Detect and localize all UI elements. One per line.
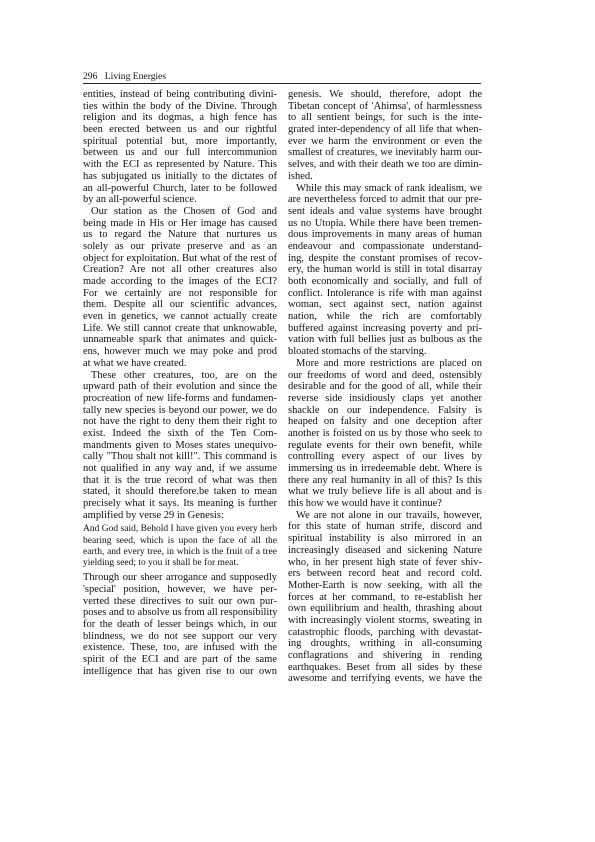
text-line: And God said, Behold I have given you ev… [83,524,277,535]
text-line: exist. Indeed the sixth of the Ten Com- [83,428,277,440]
block-quote: And God said, Behold I have given you ev… [83,524,277,569]
text-line: procreation of new life-forms and fundam… [83,393,277,405]
text-line: woman, sect against sect, nation against [288,299,482,311]
text-line: both economically and socially, and full… [288,276,482,288]
text-line: ished. [288,171,482,183]
text-line: another is foisted on us by those who se… [288,428,482,440]
text-line: Mother-Earth is now seeking, with all th… [288,580,482,592]
text-line: shackle on our independence. Falsity is [288,405,482,417]
running-head: 296 Living Energies [83,71,481,82]
text-line: Life. We still cannot create that unknow… [83,323,277,335]
text-line: are nevertheless forced to admit that ou… [288,194,482,206]
text-line: ery, the human world is still in total d… [288,264,482,276]
text-line: upward path of their evolution and since… [83,381,277,393]
page-number: 296 [83,71,97,82]
text-line: been erected between us and our rightful [83,124,277,136]
text-line: These other creatures, too, are on the [83,370,277,382]
text-line: to all sentient beings, for such is the … [288,112,482,124]
paragraph: Our station as the Chosen of God andbein… [83,206,277,370]
text-line: with increasingly violent storms, sweati… [288,615,482,627]
text-line: that it is the true record of what was t… [83,475,277,487]
text-line: bearing seed, which is upon the face of … [83,536,277,547]
book-page: 296 Living Energies entities, instead of… [0,0,595,842]
text-line: has subjugated us initially to the dicta… [83,171,277,183]
text-line: intelligence that has given rise to our … [83,666,277,678]
text-line: desirable and for the good of all, while… [288,381,482,393]
text-line: awesome and terrifying events, we have t… [288,673,482,685]
text-line: religion and its dogmas, a high fence ha… [83,112,277,124]
text-line: precisely what it says. Its meaning is f… [83,498,277,510]
text-line: cally "Thou shalt not kill!". This comma… [83,451,277,463]
text-line: spiritual instability is also mirrored i… [288,533,482,545]
header-rule [83,83,481,84]
text-line: existence. These, too, are infused with … [83,642,277,654]
text-line: buffered against increasing poverty and … [288,323,482,335]
text-line: genesis. We should, therefore, adopt the [288,89,482,101]
text-line: ties within the body of the Divine. Thro… [83,101,277,113]
text-line: earth, and every tree, in which is the f… [83,547,277,558]
text-line: For we certainly are not responsible for [83,288,277,300]
text-line: immersing us in irredeemable debt. Where… [288,463,482,475]
paragraph: entities, instead of being contributing … [83,89,277,206]
paragraph: Through our sheer arrogance and supposed… [83,572,277,677]
text-line: entities, instead of being contributing … [83,89,277,101]
text-line: ing droughts, writhing in all-consuming [288,638,482,650]
text-line: object for exploitation. But what of the… [83,253,277,265]
paragraph: More and more restrictions are placed on… [288,358,482,510]
text-line: an all-powerful Church, later to be foll… [83,183,277,195]
text-line: heaped on falsity and one deception afte… [288,416,482,428]
text-line: poses and to absolve us from all respons… [83,607,277,619]
text-line: spirit of the ECI and are part of the sa… [83,654,277,666]
text-line: We are not alone in our travails, howeve… [288,510,482,522]
text-line: own equilibrium and health, thrashing ab… [288,603,482,615]
paragraph: genesis. We should, therefore, adopt the… [288,89,482,183]
text-line: ens, however much we may poke and prod [83,346,277,358]
text-line: reverse side insidiously claps yet anoth… [288,393,482,405]
text-line: at what we have created. [83,358,277,370]
text-line: not qualified in any way and, if we assu… [83,463,277,475]
paragraph: These other creatures, too, are on theup… [83,370,277,522]
text-line: nation, while the rich are comfortably [288,311,482,323]
text-line: who, in her present high state of fever … [288,557,482,569]
text-line: solely as our private preserve and as an [83,241,277,253]
text-line: bloated stomachs of the starving. [288,346,482,358]
text-line: While this may smack of rank idealism, w… [288,183,482,195]
text-line: vation with full bellies just as bulbous… [288,334,482,346]
text-line: More and more restrictions are placed on [288,358,482,370]
text-line: sent ideals and value systems have broug… [288,206,482,218]
text-line: ers between record heat and record cold. [288,568,482,580]
text-line: made according to the images of the ECI? [83,276,277,288]
text-line: Creation? Are not all other creatures al… [83,264,277,276]
text-line: dous improvements in many areas of human [288,229,482,241]
text-line: Through our sheer arrogance and supposed… [83,572,277,584]
text-line: them. Despite all our scientific advance… [83,299,277,311]
text-line: ing, despite the constant promises of re… [288,253,482,265]
text-line: unnameable spark that animates and quick… [83,334,277,346]
text-line: for this state of human strife, discord … [288,521,482,533]
text-line: mandments given to Moses states unequivo… [83,440,277,452]
text-line: not have the right to deny them their ri… [83,416,277,428]
text-line: with the ECI as represented by Nature. T… [83,159,277,171]
paragraph: We are not alone in our travails, howeve… [288,510,482,685]
running-head-title: Living Energies [105,71,166,82]
text-line: catastrophic floods, parching with devas… [288,627,482,639]
text-line: endeavour and compassionate understand- [288,241,482,253]
text-line: increasingly diseased and sickening Natu… [288,545,482,557]
text-line: our freedoms of word and deed, ostensibl… [288,370,482,382]
text-line: earthquakes. Beset from all sides by the… [288,662,482,674]
text-line: blindness, we do not see support our ver… [83,631,277,643]
text-line: Tibetan concept of 'Ahimsa', of harmless… [288,101,482,113]
text-line: smallest of creatures, we inevitably har… [288,147,482,159]
text-line: tally new species is beyond our power, w… [83,405,277,417]
text-line: 'special' position, however, we have per… [83,584,277,596]
text-line: forces at her command, to re-establish h… [288,592,482,604]
text-line: amplified by verse 29 in Genesis: [83,510,277,522]
text-line: us to regard the Nature that nurtures us [83,229,277,241]
text-line: between us and our full intercommunion [83,147,277,159]
text-line: grated inter-dependency of all life that… [288,124,482,136]
text-line: selves, and with their death we too are … [288,159,482,171]
paragraph: While this may smack of rank idealism, w… [288,183,482,358]
right-column: genesis. We should, therefore, adopt the… [288,89,482,685]
text-line: spiritual potential but, more importantl… [83,136,277,148]
text-line: stated, it should therefore.be taken to … [83,486,277,498]
text-line: yielding seed; to you it shall be for me… [83,558,277,569]
text-line: controlling every aspect of our lives by [288,451,482,463]
text-line: by an all-powerful science. [83,194,277,206]
text-line: there any real humanity in all of this? … [288,475,482,487]
text-line: us no Utopia. While there have been trem… [288,218,482,230]
text-line: verted these directives to suit our own … [83,596,277,608]
text-line: this how we would have it continue? [288,498,482,510]
text-line: what we truly believe life is all about … [288,486,482,498]
text-line: being made in His or Her image has cause… [83,218,277,230]
text-line: regulate events for their own benefit, w… [288,440,482,452]
text-line: for the death of lesser beings which, in… [83,619,277,631]
text-line: conflict. Intolerance is rife with man a… [288,288,482,300]
text-line: even in genetics, we cannot actually cre… [83,311,277,323]
left-column: entities, instead of being contributing … [83,89,277,677]
text-line: conflagrations and shivering in rending [288,650,482,662]
text-line: ever we harm the environment or even the [288,136,482,148]
text-line: Our station as the Chosen of God and [83,206,277,218]
